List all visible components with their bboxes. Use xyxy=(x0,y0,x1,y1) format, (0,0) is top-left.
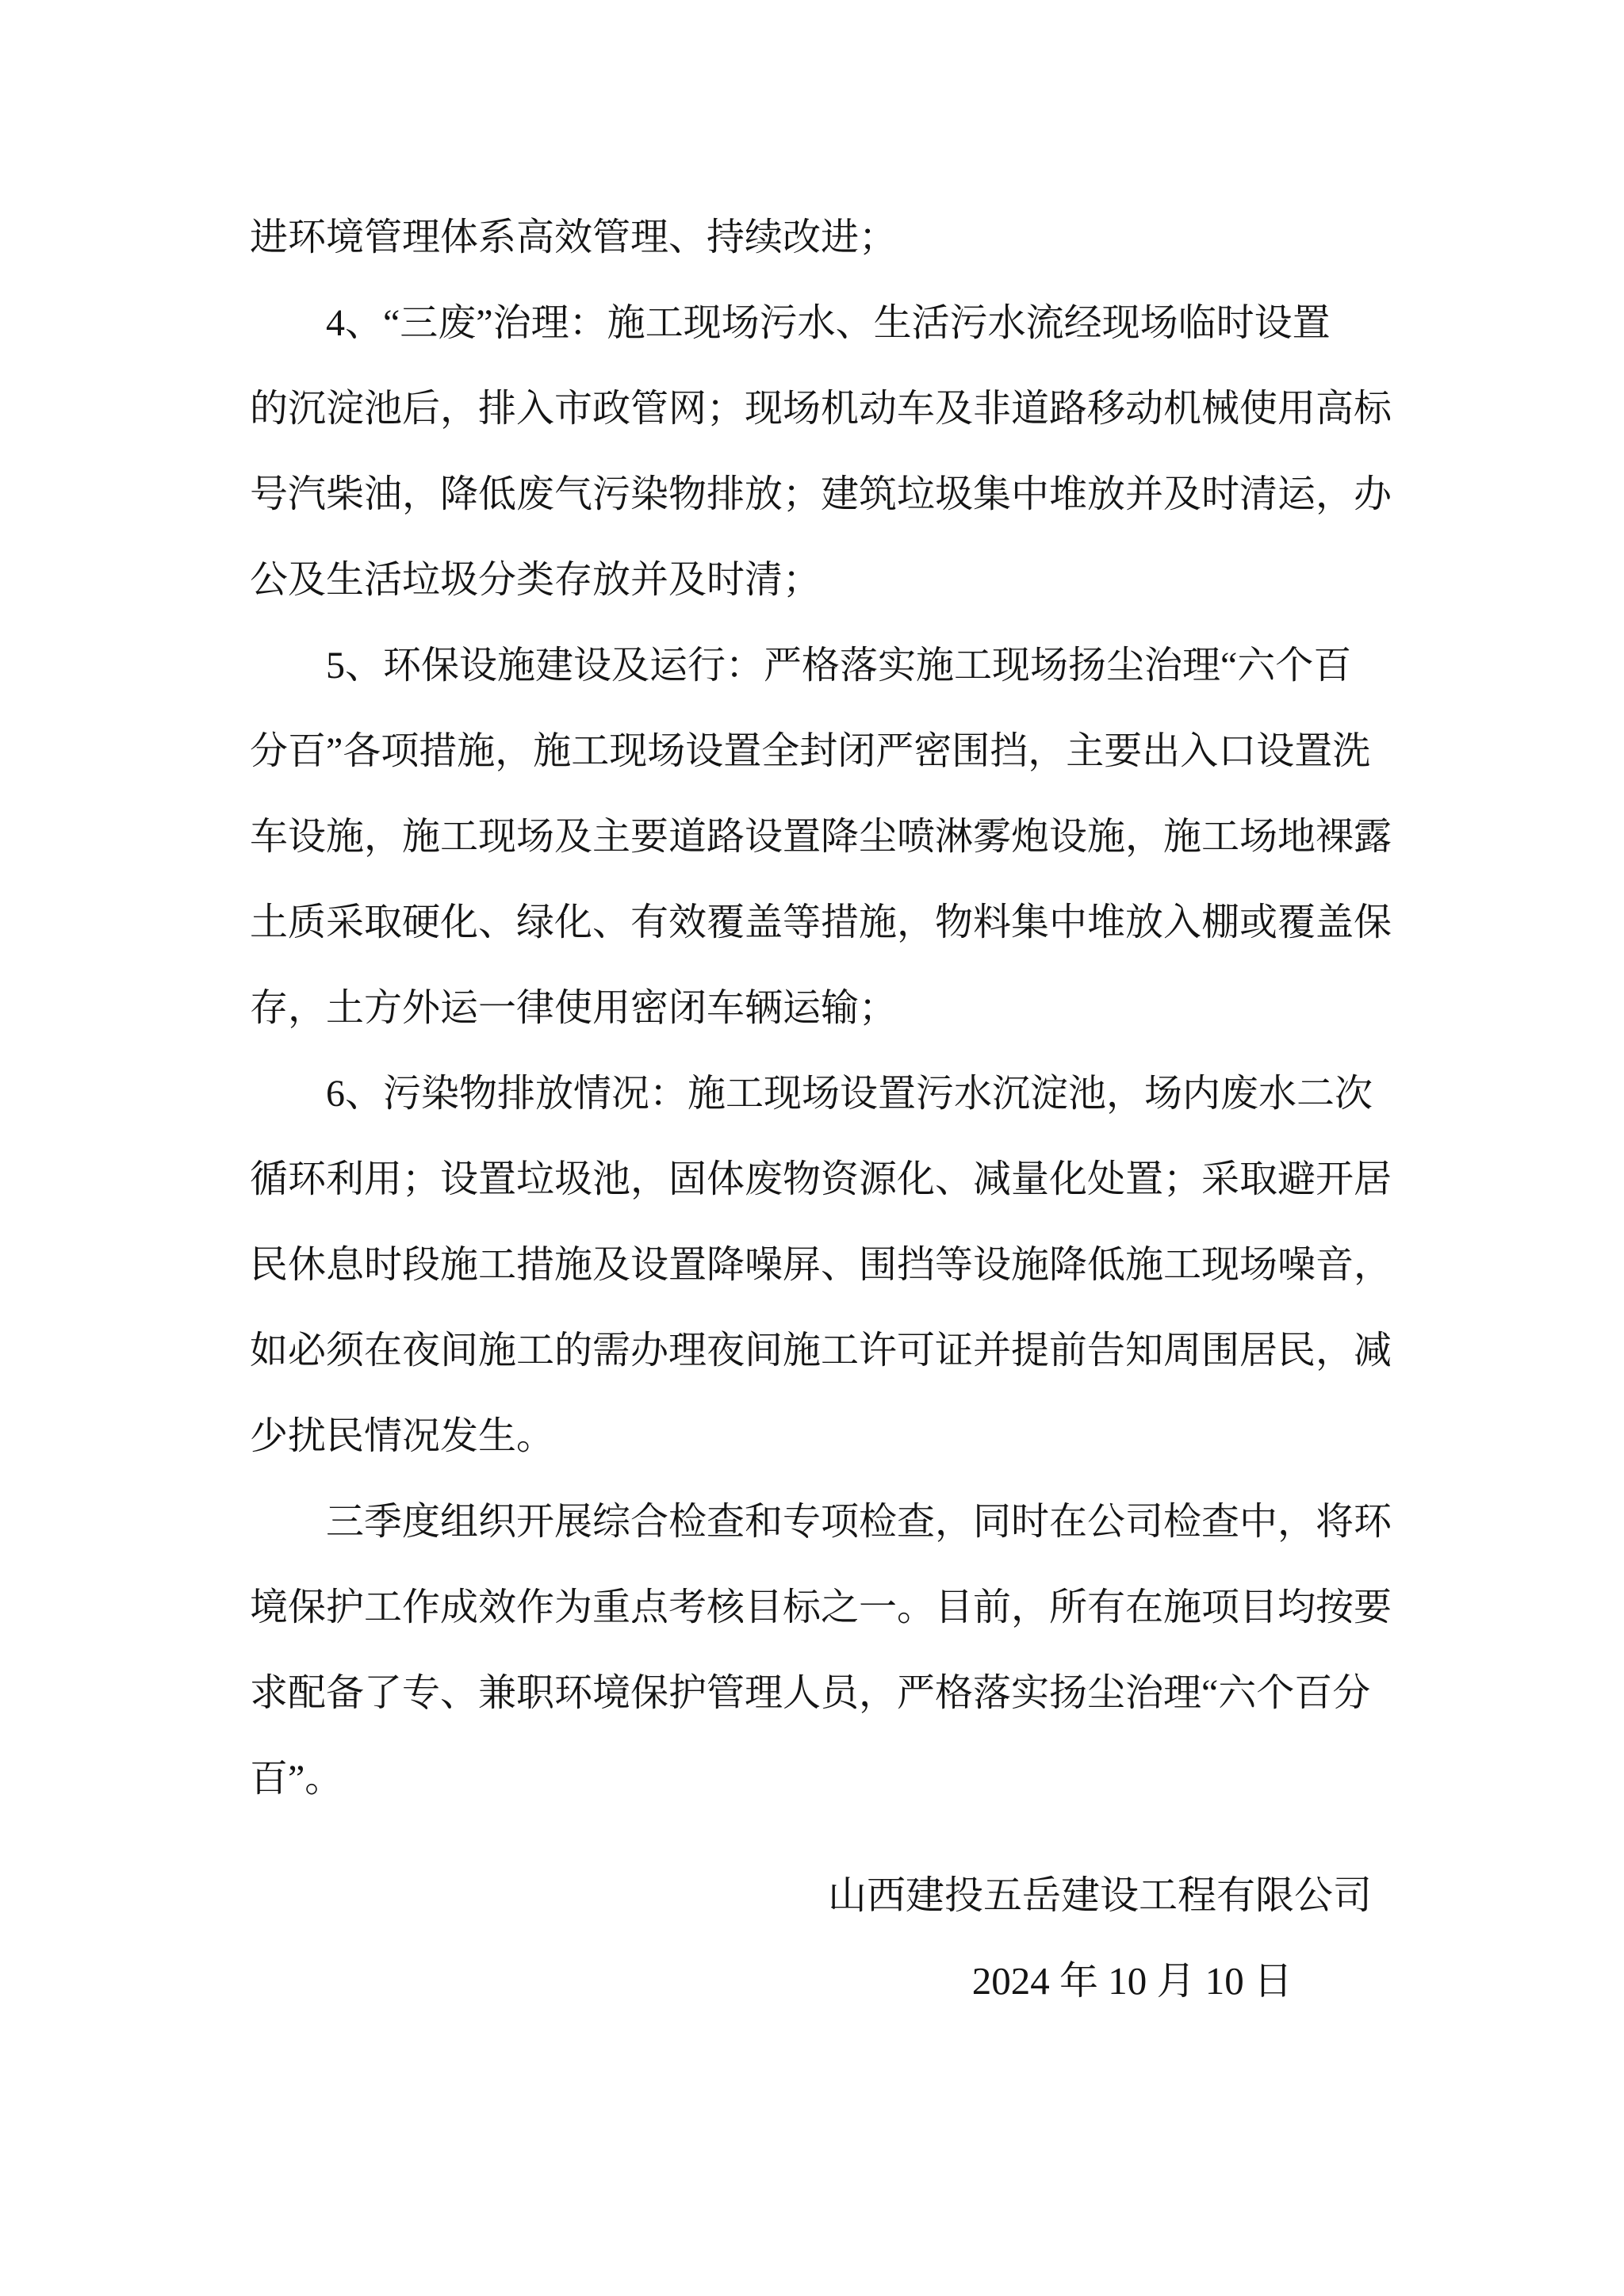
signature-company: 山西建投五岳建设工程有限公司 xyxy=(250,1853,1396,1938)
body-line: 土质采取硬化、绿化、有效覆盖等措施，物料集中堆放入棚或覆盖保 xyxy=(250,880,1396,966)
body-line: 6、污染物排放情况：施工现场设置污水沉淀池，场内废水二次 xyxy=(250,1051,1396,1137)
body-line: 境保护工作成效作为重点考核目标之一。目前，所有在施项目均按要 xyxy=(250,1565,1396,1651)
body-line: 百”。 xyxy=(250,1736,1396,1822)
document-body: 进环境管理体系高效管理、持续改进； 4、“三废”治理：施工现场污水、生活污水流经… xyxy=(250,195,1396,1822)
signature-block: 山西建投五岳建设工程有限公司 2024 年 10 月 10 日 xyxy=(250,1853,1396,2024)
body-line: 进环境管理体系高效管理、持续改进； xyxy=(250,195,1396,281)
body-line: 5、环保设施建设及运行：严格落实施工现场扬尘治理“六个百 xyxy=(250,623,1396,709)
body-line: 求配备了专、兼职环境保护管理人员，严格落实扬尘治理“六个百分 xyxy=(250,1651,1396,1736)
body-line: 循环利用；设置垃圾池，固体废物资源化、减量化处置；采取避开居 xyxy=(250,1137,1396,1223)
body-line: 车设施，施工现场及主要道路设置降尘喷淋雾炮设施，施工场地裸露 xyxy=(250,794,1396,880)
body-line: 公及生活垃圾分类存放并及时清； xyxy=(250,538,1396,623)
body-line: 三季度组织开展综合检查和专项检查，同时在公司检查中，将环 xyxy=(250,1479,1396,1565)
body-line: 民休息时段施工措施及设置降噪屏、围挡等设施降低施工现场噪音， xyxy=(250,1223,1396,1308)
document-page: 进环境管理体系高效管理、持续改进； 4、“三废”治理：施工现场污水、生活污水流经… xyxy=(0,0,1624,2296)
body-line: 4、“三废”治理：施工现场污水、生活污水流经现场临时设置 xyxy=(250,281,1396,366)
signature-date: 2024 年 10 月 10 日 xyxy=(250,1938,1396,2024)
body-line: 的沉淀池后，排入市政管网；现场机动车及非道路移动机械使用高标 xyxy=(250,366,1396,452)
body-line: 分百”各项措施，施工现场设置全封闭严密围挡，主要出入口设置洗 xyxy=(250,709,1396,794)
body-line: 如必须在夜间施工的需办理夜间施工许可证并提前告知周围居民，减 xyxy=(250,1308,1396,1394)
body-line: 号汽柴油，降低废气污染物排放；建筑垃圾集中堆放并及时清运，办 xyxy=(250,452,1396,538)
body-line: 少扰民情况发生。 xyxy=(250,1394,1396,1479)
body-line: 存，土方外运一律使用密闭车辆运输； xyxy=(250,966,1396,1051)
